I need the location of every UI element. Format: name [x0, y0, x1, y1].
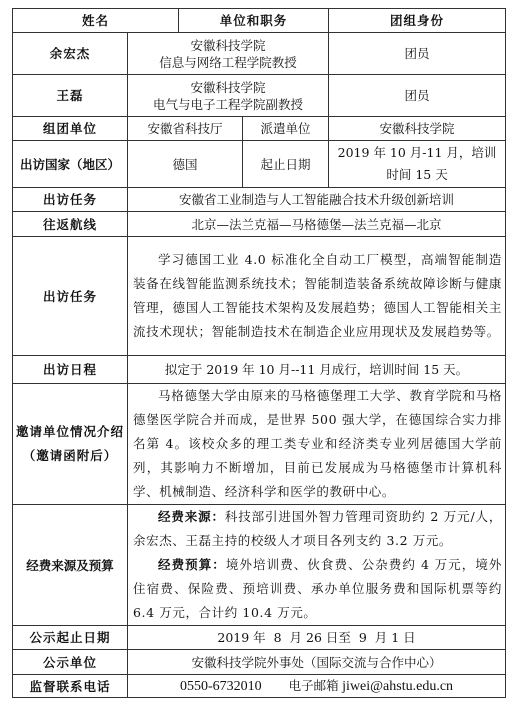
notice-period-row: 公示起止日期 2019 年 8 月 26 日至 9 月 1 日	[13, 626, 506, 650]
member-unit-line1: 安徽科技学院	[132, 79, 324, 96]
unit-header: 单位和职务	[179, 9, 329, 33]
date-label: 起止日期	[243, 141, 329, 188]
member-row: 王磊 安徽科技学院 电气与电子工程学院副教授 团员	[13, 75, 506, 117]
inviter-value: 马格德堡大学由原来的马格德堡理工大学、教育学院和马格德堡医学院合并而成，是世界 …	[128, 384, 506, 505]
contact-phone: 0550-6732010	[180, 679, 262, 694]
inviter-label: 邀请单位情况介绍（邀请函附后）	[13, 384, 128, 505]
inviter-row: 邀请单位情况介绍（邀请函附后） 马格德堡大学由原来的马格德堡理工大学、教育学院和…	[13, 384, 506, 505]
org-value: 安徽省科技厅	[128, 117, 243, 141]
notice-period-value: 2019 年 8 月 26 日至 9 月 1 日	[128, 626, 506, 650]
role-header: 团组身份	[329, 9, 506, 33]
member-role: 团员	[329, 75, 506, 117]
route-value: 北京—法兰克福—马格德堡—法兰克福—北京	[128, 212, 506, 237]
member-name: 余宏杰	[13, 33, 128, 75]
mission-title-value: 安徽省工业制造与人工智能融合技术升级创新培训	[128, 188, 506, 212]
contact-value: 0550-6732010 电子邮箱 jiwei@ahstu.edu.cn	[128, 675, 506, 698]
member-unit-line2: 信息与网络工程学院教授	[132, 54, 324, 71]
org-row: 组团单位 安徽省科技厅 派遣单位 安徽科技学院	[13, 117, 506, 141]
inviter-text: 马格德堡大学由原来的马格德堡理工大学、教育学院和马格德堡医学院合并而成，是世界 …	[133, 384, 502, 504]
member-unit: 安徽科技学院 信息与网络工程学院教授	[128, 33, 329, 75]
mission-title-label: 出访任务	[13, 188, 128, 212]
funding-budget: 经费预算：境外培训费、伙食费、公杂费约 4 万元，境外住宿费、保险费、预培训费、…	[133, 553, 502, 625]
member-role: 团员	[329, 33, 506, 75]
funding-value: 经费来源：科技部引进国外智力管理司资助约 2 万元/人，余宏杰、王磊主持的校级人…	[128, 505, 506, 626]
funding-source: 经费来源：科技部引进国外智力管理司资助约 2 万元/人，余宏杰、王磊主持的校级人…	[133, 505, 502, 553]
mission-title-row: 出访任务 安徽省工业制造与人工智能融合技术升级创新培训	[13, 188, 506, 212]
funding-row: 经费来源及预算 经费来源：科技部引进国外智力管理司资助约 2 万元/人，余宏杰、…	[13, 505, 506, 626]
notice-unit-value: 安徽科技学院外事处（国际交流与合作中心）	[128, 650, 506, 675]
dispatch-value: 安徽科技学院	[329, 117, 506, 141]
route-label: 往返航线	[13, 212, 128, 237]
route-row: 往返航线 北京—法兰克福—马格德堡—法兰克福—北京	[13, 212, 506, 237]
mission-detail-value: 学习德国工业 4.0 标准化全自动工厂模型，高端智能制造装备在线智能监测系统技术…	[128, 237, 506, 356]
funding-label: 经费来源及预算	[13, 505, 128, 626]
funding-budget-title: 经费预算：	[158, 557, 226, 572]
date-value: 2019 年 10 月-11 月，培训时间 15 天	[329, 141, 506, 188]
funding-source-title: 经费来源：	[158, 509, 225, 524]
contact-email-label: 电子邮箱	[289, 678, 339, 693]
name-header: 姓名	[13, 9, 179, 33]
mission-detail-label: 出访任务	[13, 237, 128, 356]
schedule-label: 出访日程	[13, 356, 128, 384]
mission-detail-text: 学习德国工业 4.0 标准化全自动工厂模型，高端智能制造装备在线智能监测系统技术…	[133, 248, 502, 344]
destination-label: 出访国家（地区）	[13, 141, 128, 188]
mission-detail-row: 出访任务 学习德国工业 4.0 标准化全自动工厂模型，高端智能制造装备在线智能监…	[13, 237, 506, 356]
member-row: 余宏杰 安徽科技学院 信息与网络工程学院教授 团员	[13, 33, 506, 75]
member-name: 王磊	[13, 75, 128, 117]
member-unit-line2: 电气与电子工程学院副教授	[132, 96, 324, 113]
destination-value: 德国	[128, 141, 243, 188]
dispatch-label: 派遣单位	[243, 117, 329, 141]
notice-unit-row: 公示单位 安徽科技学院外事处（国际交流与合作中心）	[13, 650, 506, 675]
schedule-value: 拟定于 2019 年 10 月--11 月成行，培训时间 15 天。	[128, 356, 506, 384]
org-label: 组团单位	[13, 117, 128, 141]
contact-email[interactable]: jiwei@ahstu.edu.cn	[342, 679, 453, 694]
public-notice-table: 姓名 单位和职务 团组身份 余宏杰 安徽科技学院 信息与网络工程学院教授 团员 …	[12, 8, 506, 698]
schedule-row: 出访日程 拟定于 2019 年 10 月--11 月成行，培训时间 15 天。	[13, 356, 506, 384]
member-unit-line1: 安徽科技学院	[132, 37, 324, 54]
notice-unit-label: 公示单位	[13, 650, 128, 675]
notice-period-label: 公示起止日期	[13, 626, 128, 650]
contact-row: 监督联系电话 0550-6732010 电子邮箱 jiwei@ahstu.edu…	[13, 675, 506, 698]
member-unit: 安徽科技学院 电气与电子工程学院副教授	[128, 75, 329, 117]
destination-row: 出访国家（地区） 德国 起止日期 2019 年 10 月-11 月，培训时间 1…	[13, 141, 506, 188]
contact-label: 监督联系电话	[13, 675, 128, 698]
header-row: 姓名 单位和职务 团组身份	[13, 9, 506, 33]
